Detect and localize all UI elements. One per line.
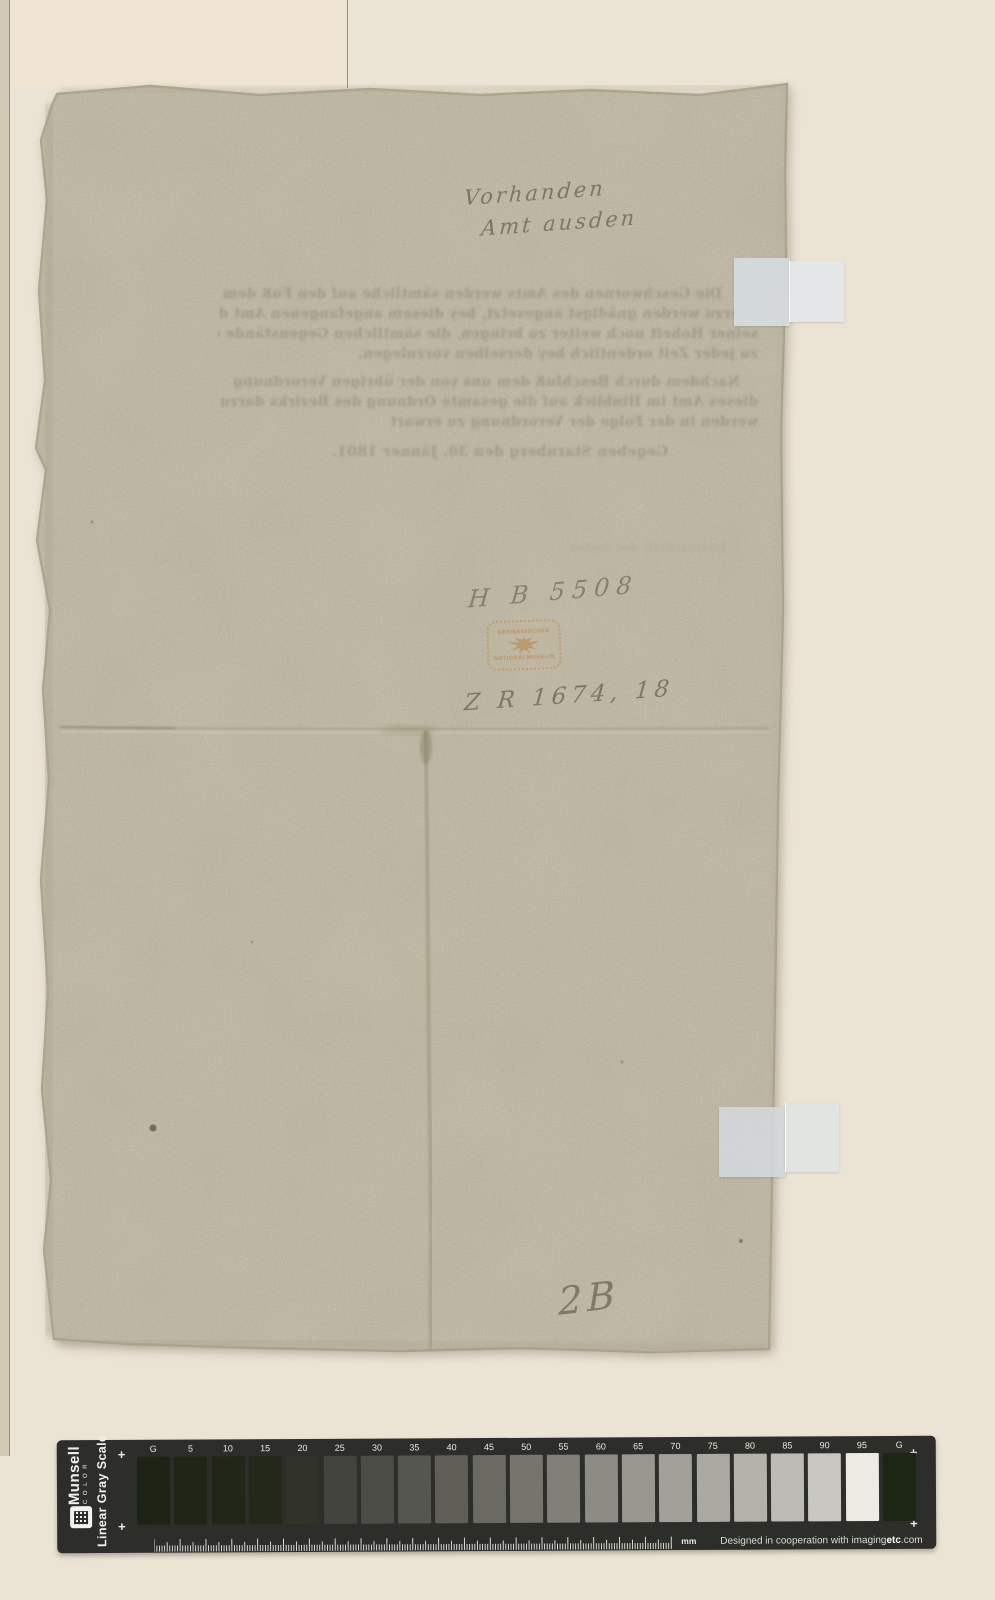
ruler-ticks (154, 1533, 676, 1552)
gray-patch-swatch (249, 1456, 282, 1524)
gray-patch-2: 10 (211, 1442, 244, 1524)
gray-patch-label: 70 (659, 1440, 692, 1452)
print-through-line-2: Hierzu werden gnädigst angesetzt, bey di… (218, 304, 758, 324)
gray-patch-swatch (771, 1453, 804, 1521)
gray-patch-label: 80 (734, 1440, 767, 1452)
gray-patch-swatch (137, 1457, 170, 1525)
gray-patch-swatch (696, 1454, 729, 1522)
tape-upper-right-piece (789, 261, 844, 322)
gray-patch-8: 40 (435, 1441, 468, 1523)
museum-stamp: GERMANISCHES NATIONALMUSEUM (486, 619, 562, 672)
dark-speck-large (150, 1125, 157, 1132)
gray-patch-label: 10 (211, 1442, 244, 1454)
gray-patch-15: 75 (696, 1440, 729, 1522)
gray-patch-10: 50 (510, 1441, 543, 1523)
gray-patch-swatch (845, 1453, 878, 1521)
paper-left-edge-shade (46, 104, 52, 1336)
folio-number: 2B (558, 1272, 620, 1324)
gray-patch-swatch (435, 1455, 468, 1523)
ruler-unit-label: mm (681, 1536, 696, 1546)
print-through-line-5: Nachdem durch Beschluß dem uns von der ü… (218, 372, 758, 392)
speck-2 (621, 1061, 624, 1064)
gray-patch-9: 45 (472, 1441, 505, 1523)
gray-patch-4: 20 (286, 1442, 319, 1524)
tape-lower-left-piece (719, 1107, 786, 1177)
paper-grain-texture (36, 84, 787, 1352)
tape-lower-right-piece (785, 1103, 839, 1172)
gray-patch-label: 35 (398, 1441, 431, 1453)
print-through-faint-line: Unterschrift des Amtes (556, 541, 726, 555)
credit-prefix: Designed in cooperation with imaging (720, 1535, 886, 1547)
gray-patch-0: G (137, 1443, 170, 1525)
gray-patch-label: 60 (584, 1440, 617, 1452)
fold-smear (380, 725, 436, 735)
gray-patch-swatch (398, 1455, 431, 1523)
gray-patch-label: 30 (361, 1442, 394, 1454)
gray-patch-14: 70 (659, 1440, 692, 1522)
fold-junction-stain (420, 730, 432, 764)
gray-patch-label: G (883, 1439, 916, 1451)
gray-patch-label: 25 (323, 1442, 356, 1454)
eagle-icon (504, 635, 545, 654)
gray-patch-label: 15 (249, 1442, 282, 1454)
gray-patch-11: 55 (547, 1441, 580, 1523)
speck-1 (91, 521, 94, 524)
gray-patch-swatch (323, 1456, 356, 1524)
gray-patch-swatch (361, 1456, 394, 1524)
paper-shape (0, 0, 995, 1600)
gray-patch-label: 45 (472, 1441, 505, 1453)
credit-suffix: .com (901, 1535, 923, 1546)
print-through-line-1: Die Geschwornen des Amts werden sämtlich… (218, 284, 758, 304)
credit-bold: etc (886, 1535, 901, 1546)
gray-patch-1: 5 (174, 1443, 207, 1525)
print-through-line-4: zu jeder Zeit ordentlich bey derselben v… (326, 344, 758, 364)
gray-patch-label: 75 (696, 1440, 729, 1452)
gray-patch-label: 90 (808, 1439, 841, 1451)
gray-patch-5: 25 (323, 1442, 356, 1524)
document-sheet (0, 0, 995, 1600)
credit-line: Designed in cooperation with imagingetc.… (720, 1535, 892, 1547)
gray-patch-swatch (211, 1456, 244, 1524)
gray-patch-swatch (808, 1453, 841, 1521)
gray-patch-label: G (137, 1443, 170, 1455)
gray-patch-3: 15 (249, 1442, 282, 1524)
gray-patch-6: 30 (361, 1442, 394, 1524)
gray-patch-13: 65 (622, 1440, 655, 1522)
print-through-line-6: dieses Amt im Hinblick auf die gesamte O… (218, 392, 758, 412)
gray-patch-label: 55 (547, 1441, 580, 1453)
gray-patch-16: 80 (734, 1440, 767, 1522)
print-through-line-7: werden in der Folge der Verordnung zu er… (391, 412, 758, 432)
gray-patch-19: 95 (845, 1439, 878, 1521)
gray-patch-18: 90 (808, 1439, 841, 1521)
gray-patch-swatch (547, 1455, 580, 1523)
gray-patch-swatch (622, 1454, 655, 1522)
scan-canvas: Die Geschwornen des Amts werden sämtlich… (0, 0, 995, 1600)
gray-patch-label: 20 (286, 1442, 319, 1454)
print-through-text: Die Geschwornen des Amts werden sämtlich… (218, 284, 758, 462)
gray-patch-label: 85 (771, 1439, 804, 1451)
gray-patch-7: 35 (398, 1441, 431, 1523)
speck-3 (251, 941, 254, 944)
gray-patch-swatch (472, 1455, 505, 1523)
gray-patch-label: 65 (622, 1440, 655, 1452)
print-through-line-8: Gegeben Starnberg den 30. Jänner 1801. (333, 442, 668, 462)
print-through-line-3: seiner Hoheit noch weiter zu bringen, di… (218, 324, 758, 344)
gray-patch-swatch (659, 1454, 692, 1522)
gray-patch-swatch (286, 1456, 319, 1524)
gray-patch-swatch (174, 1457, 207, 1525)
stamp-bottom-text: NATIONALMUSEUM (494, 654, 555, 662)
gray-patch-swatch (734, 1454, 767, 1522)
gray-patch-label: 40 (435, 1441, 468, 1453)
gray-patch-label: 50 (510, 1441, 543, 1453)
gray-patch-12: 60 (584, 1440, 617, 1522)
gray-patch-20: G (883, 1439, 916, 1521)
gray-patch-swatch (584, 1454, 617, 1522)
gray-patch-label: 5 (174, 1443, 207, 1455)
gray-patch-swatch (883, 1453, 916, 1521)
gray-patch-swatch (510, 1455, 543, 1523)
tape-upper-left-piece (734, 258, 790, 326)
gray-patch-17: 85 (771, 1439, 804, 1521)
gray-patch-label: 95 (845, 1439, 878, 1451)
color-calibration-bar: Munsell C O L O R Linear Gray Scale + + … (57, 1436, 937, 1554)
dark-speck-small (739, 1239, 743, 1243)
